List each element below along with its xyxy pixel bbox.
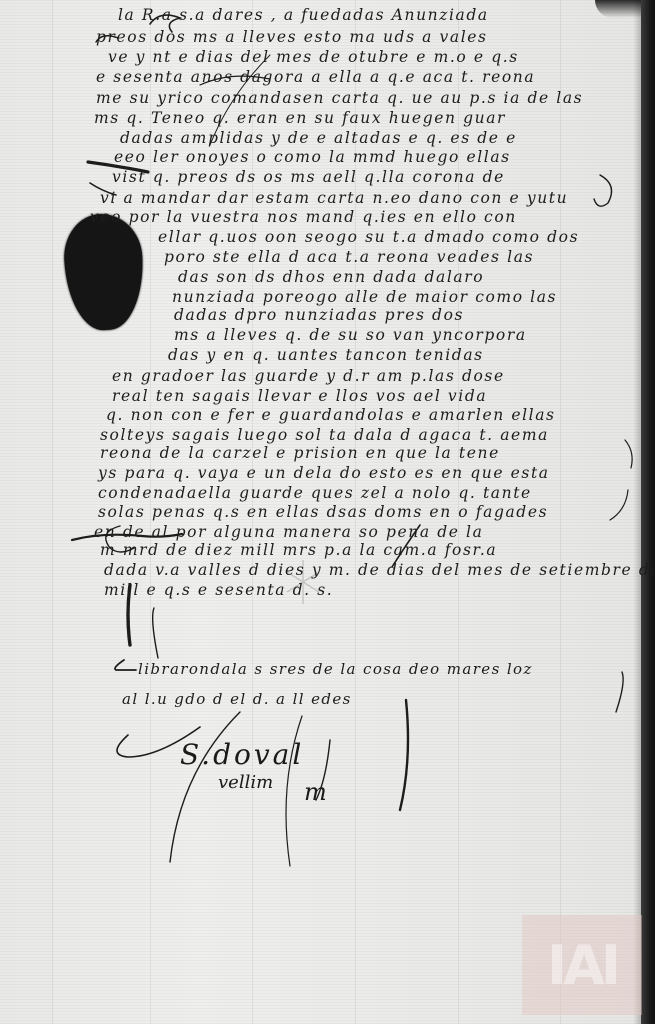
manuscript-line: ms q. Teneo q. eran en su faux huegen gu… — [94, 109, 506, 127]
manuscript-line: dadas dpro nunziadas pres dos — [174, 306, 464, 324]
manuscript-line: preos dos ms a lleves esto ma uds a vale… — [96, 28, 488, 46]
manuscript-line: vi a mandar dar estam carta n.eo dano co… — [100, 189, 568, 207]
manuscript-line: das son ds dhos enn dada dalaro — [178, 268, 484, 286]
manuscript-line: ms a lleves q. de su so van yncorpora — [174, 326, 527, 344]
page-right-edge — [641, 0, 655, 1024]
manuscript-page: la R.a s.a dares , a fuedadas Anunziada … — [0, 0, 655, 1024]
manuscript-line: reona de la carzel e prision en que la t… — [100, 444, 500, 462]
paper-chain-line — [560, 0, 561, 1024]
wax-seal — [62, 212, 146, 332]
manuscript-line: me su yrico comandasen carta q. ue au p.… — [96, 89, 583, 107]
signature: vellim — [218, 772, 273, 793]
manuscript-line: m mrd de diez mill mrs p.a la cam.a fosr… — [100, 541, 497, 559]
manuscript-line: condenadaella guarde ques zel a nolo q. … — [98, 484, 532, 502]
manuscript-line: das y en q. uantes tancon tenidas — [168, 346, 484, 364]
manuscript-line: vist q. preos ds os ms aell q.lla corona… — [112, 168, 505, 186]
signature: S.doval — [180, 738, 304, 771]
manuscript-line: dadas amplidas y de e altadas e q. es de… — [120, 129, 517, 147]
paper-chain-line — [52, 0, 53, 1024]
manuscript-line: real ten sagais llevar e llos vos ael vi… — [112, 387, 487, 405]
manuscript-line: veo por la vuestra nos mand q.ies en ell… — [90, 208, 517, 226]
signature-block-line: al l.u gdo d el d. a ll edes — [122, 690, 352, 708]
manuscript-line: poro ste ella d aca t.a reona veades las — [164, 248, 534, 266]
manuscript-line: dada v.a valles d dies y m. de dias del … — [104, 561, 655, 579]
manuscript-line: ve y nt e dias del mes de otubre e m.o e… — [108, 48, 519, 66]
manuscript-line: ellar q.uos oon seogo su t.a dmado como … — [158, 228, 579, 246]
archive-logo-text: IAI — [547, 934, 617, 997]
manuscript-line: eeo ler onoyes o como la mmd huego ellas — [114, 148, 511, 166]
manuscript-line: nunziada poreogo alle de maior como las — [172, 288, 557, 306]
manuscript-line: la R.a s.a dares , a fuedadas Anunziada — [118, 6, 489, 24]
signature-block-line: librarondala s sres de la cosa deo mares… — [138, 660, 533, 678]
manuscript-line: en gradoer las guarde y d.r am p.las dos… — [112, 367, 505, 385]
manuscript-line: en de al por alguna manera so pena de la — [94, 523, 483, 541]
archive-logo-watermark: IAI — [522, 915, 642, 1015]
manuscript-line: ys para q. vaya e un dela do esto es en … — [98, 464, 550, 482]
signature: m — [304, 778, 327, 806]
manuscript-line: solas penas q.s en ellas dsas doms en o … — [98, 503, 548, 521]
manuscript-line: solteys sagais luego sol ta dala d agaca… — [100, 426, 549, 444]
manuscript-line: mill e q.s e sesenta d. s. — [104, 581, 333, 599]
manuscript-line: e sesenta anos dagora a ella a q.e aca t… — [96, 68, 535, 86]
manuscript-line: q. non con e fer e guardandolas e amarle… — [106, 406, 556, 424]
